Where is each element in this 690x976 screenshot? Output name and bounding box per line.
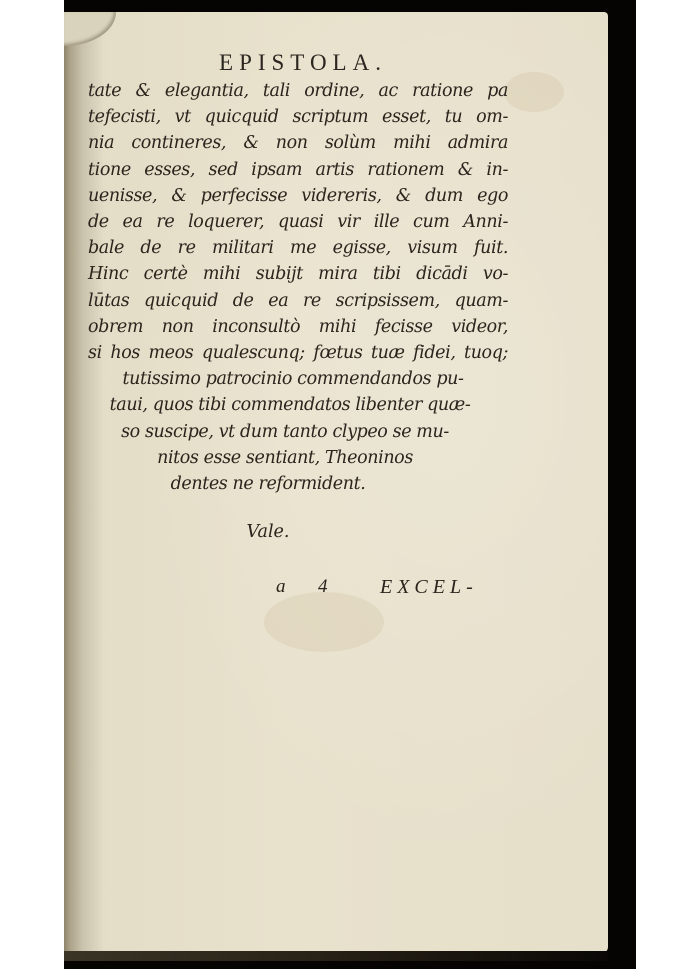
text-line: Hinc certè mihi subijt mira tibi dicādi …	[88, 261, 508, 287]
paper-stain	[264, 592, 384, 652]
text-line: taui, quos tibi commendatos libenter quæ…	[88, 392, 508, 418]
text-line: bale de re militari me egisse, visum fui…	[88, 235, 508, 261]
text-line: tutissimo patrocinio commendandos pu-	[88, 366, 508, 392]
closing-vale: Vale.	[88, 522, 508, 542]
text-line: nia contineres, & non solùm mihi admira	[88, 130, 508, 156]
folio-number: 4	[318, 576, 328, 598]
text-line: dentes ne reformident.	[88, 471, 508, 497]
paper-stain	[504, 72, 564, 112]
text-line: obrem non inconsultò mihi fecisse videor…	[88, 314, 508, 340]
text-line: so suscipe, vt dum tanto clypeo se mu-	[88, 419, 508, 445]
catchword: EXCEL-	[380, 576, 478, 599]
letter-body: tate & elegantia, tali ordine, ac ration…	[88, 78, 508, 497]
text-line: tate & elegantia, tali ordine, ac ration…	[88, 78, 508, 104]
text-line: tefecisti, vt quicquid scriptum esset, t…	[88, 104, 508, 130]
text-line: lūtas quicquid de ea re scripsissem, qua…	[88, 288, 508, 314]
text-line: uenisse, & perfecisse videreris, & dum e…	[88, 183, 508, 209]
text-line: nitos esse sentiant, Theoninos	[88, 445, 508, 471]
text-line: si hos meos qualescunq; fœtus tuæ fidei,…	[88, 340, 508, 366]
text-line: tione esses, sed ipsam artis rationem & …	[88, 157, 508, 183]
running-head: EPISTOLA.	[178, 50, 428, 76]
signature-mark: a	[276, 576, 296, 598]
text-line: de ea re loquerer, quasi vir ille cum An…	[88, 209, 508, 235]
